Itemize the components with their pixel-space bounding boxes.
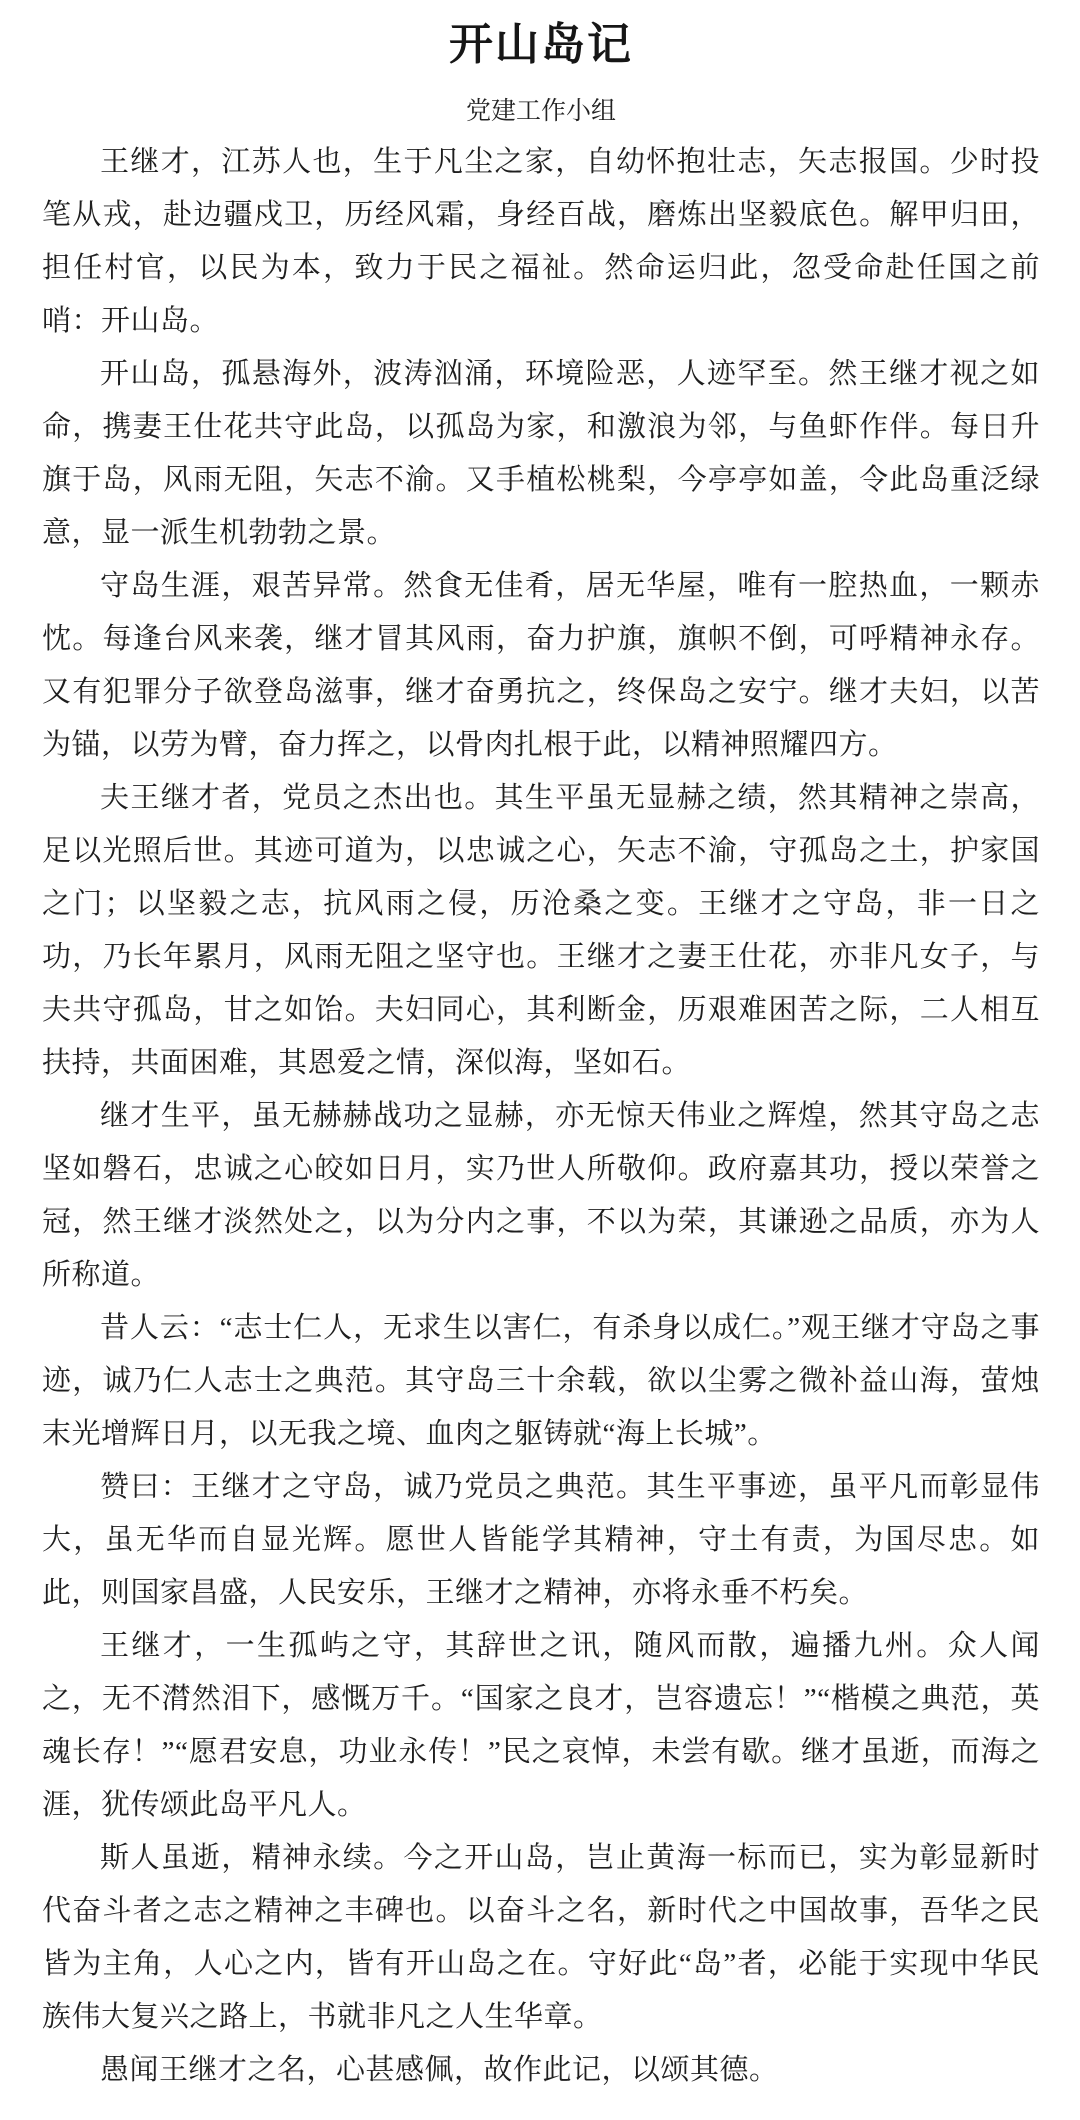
paragraph: 愚闻王继才之名，心甚感佩，故作此记，以颂其德。 [42, 2044, 1040, 2097]
paragraph: 王继才，一生孤屿之守，其辞世之讯，随风而散，遍播九州。众人闻之，无不潸然泪下，感… [42, 1620, 1040, 1832]
paragraph: 守岛生涯，艰苦异常。然食无佳肴，居无华屋，唯有一腔热血，一颗赤忱。每逢台风来袭，… [42, 560, 1040, 772]
paragraph: 王继才，江苏人也，生于凡尘之家，自幼怀抱壮志，矢志报国。少时投笔从戎，赴边疆戍卫… [42, 136, 1040, 348]
paragraph: 斯人虽逝，精神永续。今之开山岛，岂止黄海一标而已，实为彰显新时代奋斗者之志之精神… [42, 1832, 1040, 2044]
paragraph: 开山岛，孤悬海外，波涛汹涌，环境险恶，人迹罕至。然王继才视之如命，携妻王仕花共守… [42, 348, 1040, 560]
document-title: 开山岛记 [42, 20, 1040, 70]
paragraph: 赞曰：王继才之守岛，诚乃党员之典范。其生平事迹，虽平凡而彰显伟大，虽无华而自显光… [42, 1461, 1040, 1620]
document-author: 党建工作小组 [42, 98, 1040, 125]
document-page: 开山岛记 党建工作小组 王继才，江苏人也，生于凡尘之家，自幼怀抱壮志，矢志报国。… [0, 0, 1080, 2120]
paragraph: 继才生平，虽无赫赫战功之显赫，亦无惊天伟业之辉煌，然其守岛之志坚如磐石，忠诚之心… [42, 1090, 1040, 1302]
paragraph: 昔人云：“志士仁人，无求生以害仁，有杀身以成仁。”观王继才守岛之事迹，诚乃仁人志… [42, 1302, 1040, 1461]
paragraph: 夫王继才者，党员之杰出也。其生平虽无显赫之绩，然其精神之崇高，足以光照后世。其迹… [42, 772, 1040, 1090]
document-body: 王继才，江苏人也，生于凡尘之家，自幼怀抱壮志，矢志报国。少时投笔从戎，赴边疆戍卫… [42, 136, 1040, 2097]
